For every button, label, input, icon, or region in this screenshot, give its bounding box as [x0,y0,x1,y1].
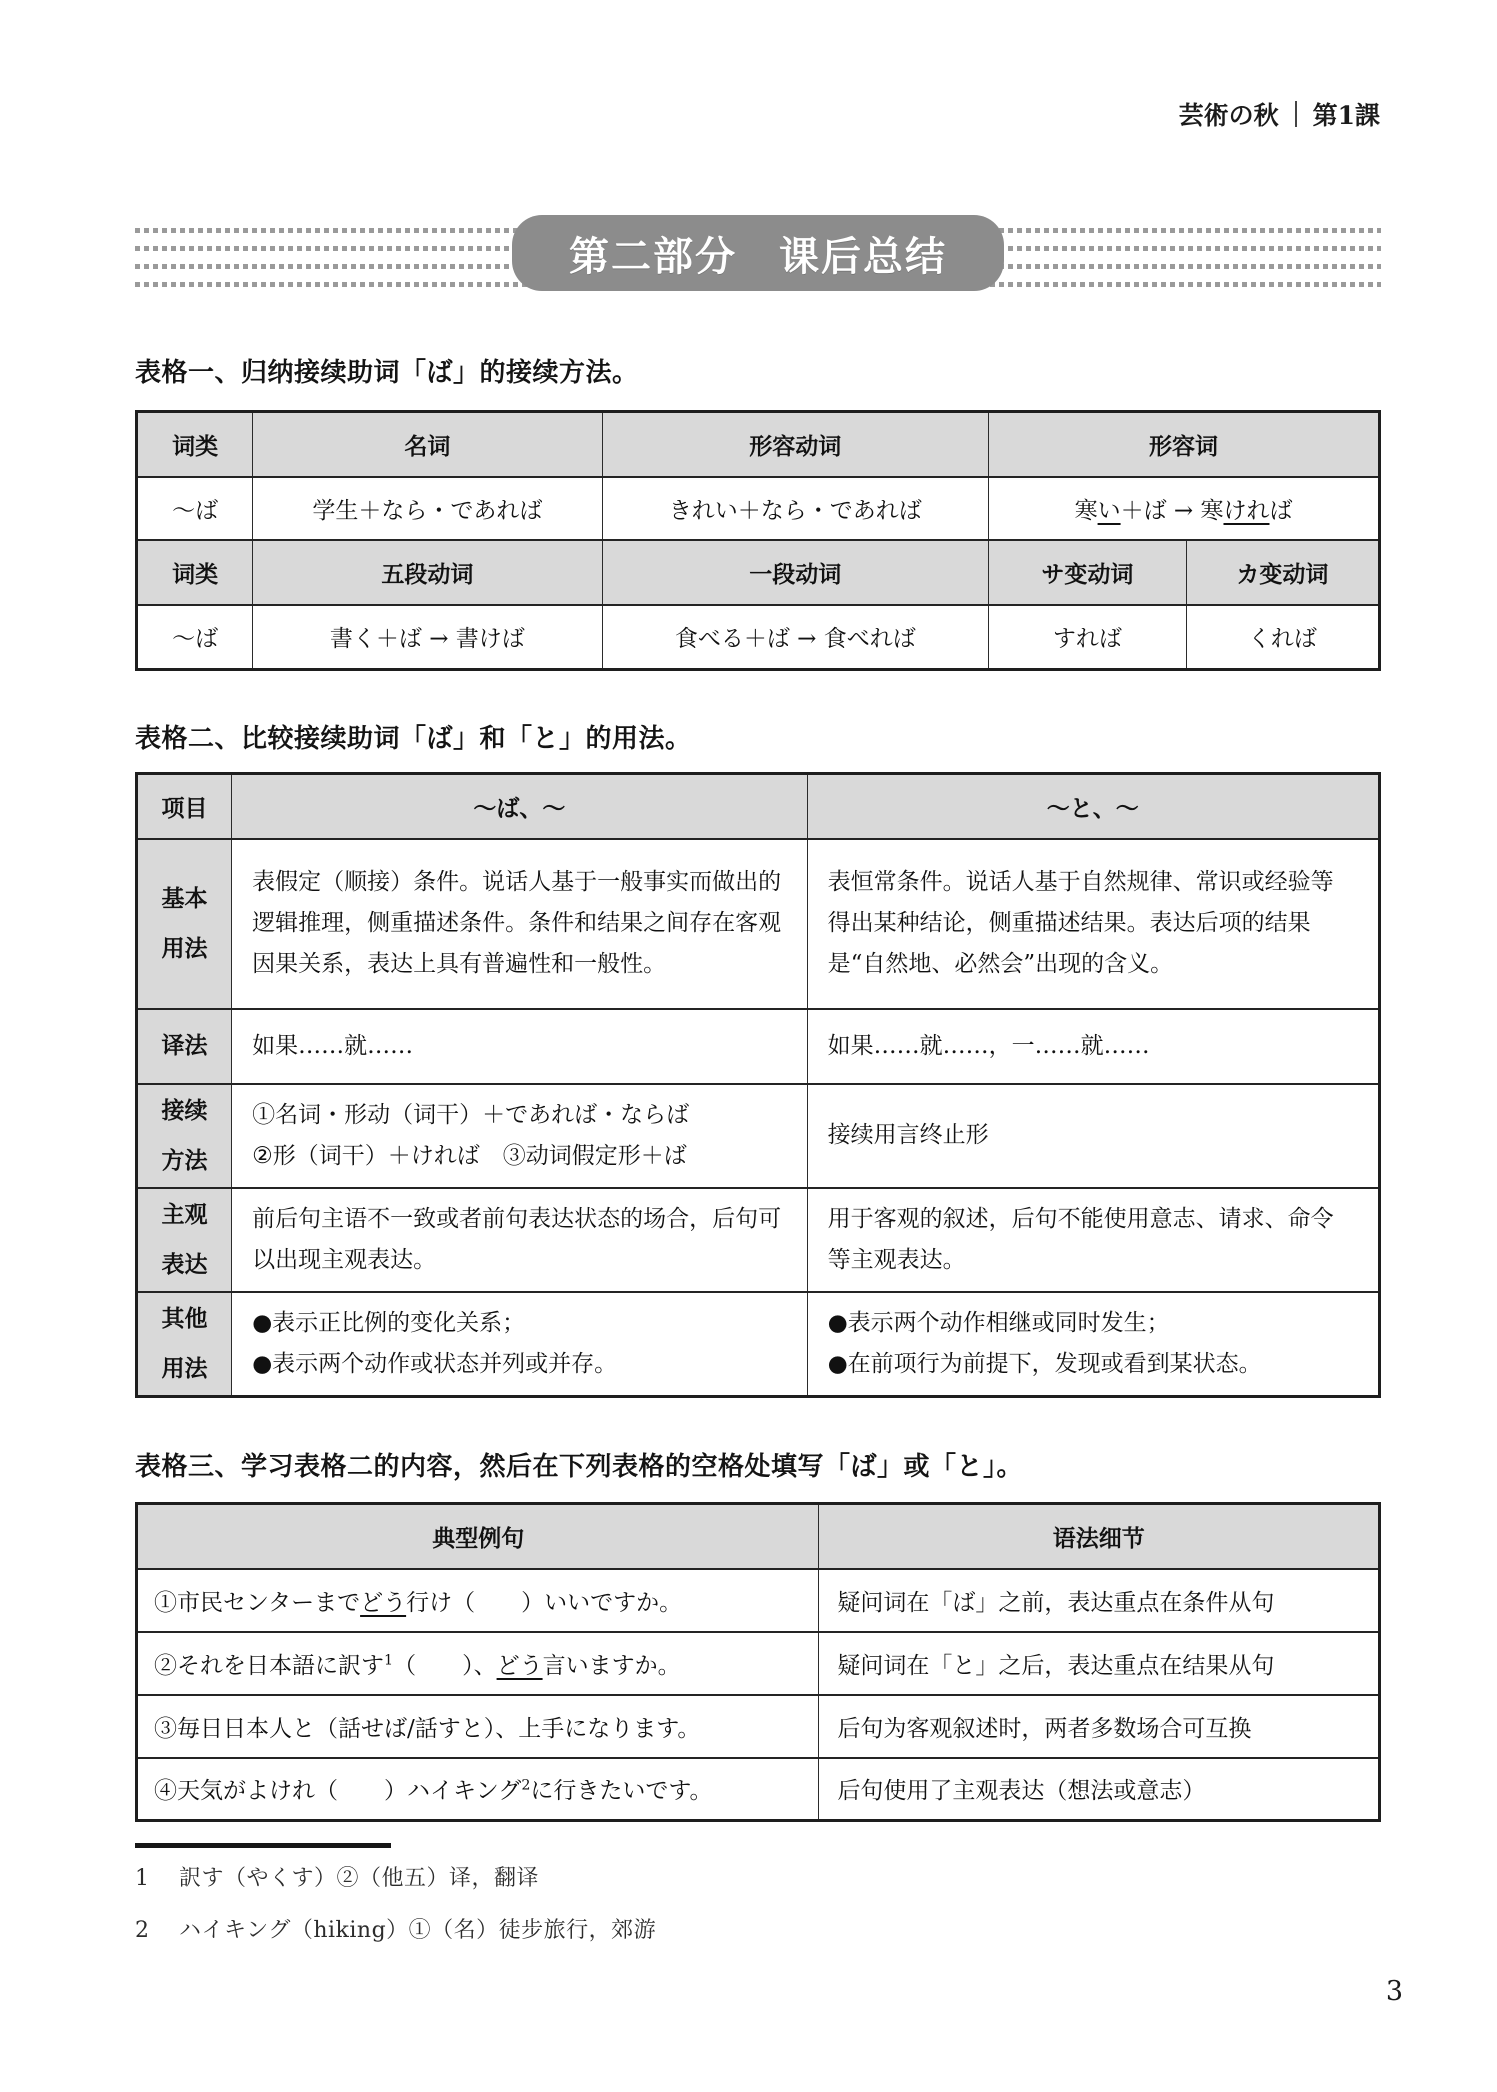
table2-title: 表格二、比较接续助词「ば」和「と」的用法。 [135,718,1381,755]
t2-connection-to: 接续用言终止形 [807,1084,1379,1188]
t1-cell-godan-example: 書く＋ば → 書けば [253,605,602,670]
t1-h-na-adjective: 形容动词 [602,412,989,477]
table1-title: 表格一、归纳接续助词「ば」的接续方法。 [135,352,1381,389]
table3-title: 表格三、学习表格二的内容，然后在下列表格的空格处填写「ば」或「と」。 [135,1446,1381,1483]
table2-ba-vs-to: 项目 ～ば、～ ～と、～ 基本用法 表假定（顺接）条件。说话人基于一般事实而做出… [135,772,1381,1398]
t1-h-wordclass-2: 词类 [137,540,253,605]
section-banner: 第二部分 课后总结 [135,215,1381,291]
table2-row-basic-usage: 基本用法 表假定（顺接）条件。说话人基于一般事实而做出的逻辑推理，侧重描述条件。… [137,839,1380,1009]
t3-note-2: 疑问词在「と」之后，表达重点在结果从句 [819,1632,1380,1695]
table2-row-translation: 译法 如果……就…… 如果……就……，一……就…… [137,1009,1380,1084]
t1-cell-ba-2: ～ば [137,605,253,670]
t2-basic-usage-to: 表恒常条件。说话人基于自然规律、常识或经验等得出某种结论，侧重描述结果。表达后项… [807,839,1379,1009]
t3-note-3: 后句为客观叙述时，两者多数场合可互换 [819,1695,1380,1758]
table3-row-2: ②それを日本語に訳す1（ ）、どう言いますか。 疑问词在「と」之后，表达重点在结… [137,1632,1380,1695]
footnote-2: 2ハイキング（hiking）①（名）徒步旅行，郊游 [135,1913,1235,1944]
t2-basic-usage-ba: 表假定（顺接）条件。说话人基于一般事实而做出的逻辑推理，侧重描述条件。条件和结果… [232,839,808,1009]
t1-cell-kahen-example: くれば [1186,605,1379,670]
t1-h-godan-verb: 五段动词 [253,540,602,605]
table1-ba-conjugation: 词类 名词 形容动词 形容词 ～ば 学生＋なら・であれば きれい＋なら・であれば… [135,410,1381,671]
running-head-lesson: 第1課 [1313,96,1380,132]
table3-fill-in-exercise: 典型例句 语法细节 ①市民センターまでどう行け（ ）いいですか。 疑问词在「ば」… [135,1502,1381,1822]
t3-h-example: 典型例句 [137,1504,819,1569]
footnote-1: 1訳す（やくす）②（他五）译，翻译 [135,1861,1235,1892]
t1-h-ichidan-verb: 一段动词 [602,540,989,605]
t2-other-usage-ba: ●表示正比例的变化关系；●表示两个动作或状态并列或并存。 [232,1292,808,1397]
section-banner-title: 第二部分 课后总结 [512,215,1004,291]
t3-example-1: ①市民センターまでどう行け（ ）いいですか。 [137,1569,819,1632]
t2-connection-ba: ①名词・形动（词干）＋であれば・ならば②形（词干）＋ければ ③动词假定形＋ば [232,1084,808,1188]
t2-h-item: 项目 [137,774,232,839]
t2-label-other-usage: 其他用法 [137,1292,232,1397]
t1-h-kahen-verb: カ变动词 [1186,540,1379,605]
table2-row-connection: 接续方法 ①名词・形动（词干）＋であれば・ならば②形（词干）＋ければ ③动词假定… [137,1084,1380,1188]
t2-label-basic-usage: 基本用法 [137,839,232,1009]
page-number: 3 [1386,1976,1403,2007]
table3-row-1: ①市民センターまでどう行け（ ）いいですか。 疑问词在「ば」之前，表达重点在条件… [137,1569,1380,1632]
table2-header-row: 项目 ～ば、～ ～と、～ [137,774,1380,839]
t2-translation-ba: 如果……就…… [232,1009,808,1084]
t1-cell-ba: ～ば [137,477,253,540]
t2-other-usage-to: ●表示两个动作相继或同时发生；●在前项行为前提下，发现或看到某状态。 [807,1292,1379,1397]
t1-cell-na-adj-example: きれい＋なら・であれば [602,477,989,540]
t1-cell-noun-example: 学生＋なら・であれば [253,477,602,540]
t2-subjective-ba: 前后句主语不一致或者前句表达状态的场合，后句可以出现主观表达。 [232,1188,808,1292]
table1-data-row-2: ～ば 書く＋ば → 書けば 食べる＋ば → 食べれば すれば くれば [137,605,1380,670]
table3-header-row: 典型例句 语法细节 [137,1504,1380,1569]
t3-example-2: ②それを日本語に訳す1（ ）、どう言いますか。 [137,1632,819,1695]
t1-cell-ichidan-example: 食べる＋ば → 食べれば [602,605,989,670]
running-head: 芸術の秋 第1課 [1179,96,1380,132]
t2-translation-to: 如果……就……，一……就…… [807,1009,1379,1084]
t1-h-sahen-verb: サ变动词 [989,540,1187,605]
footnote-2-text: ハイキング（hiking）①（名）徒步旅行，郊游 [179,1918,656,1943]
t2-h-ba: ～ば、～ [232,774,808,839]
t1-h-noun: 名词 [253,412,602,477]
t1-h-wordclass: 词类 [137,412,253,477]
footnote-1-text: 訳す（やくす）②（他五）译，翻译 [179,1866,539,1891]
t3-note-1: 疑问词在「ば」之前，表达重点在条件从句 [819,1569,1380,1632]
table1-data-row-1: ～ば 学生＋なら・であれば きれい＋なら・であれば 寒い＋ば → 寒ければ [137,477,1380,540]
t3-example-3: ③毎日日本人と（話せば/話すと）、上手になります。 [137,1695,819,1758]
t2-label-subjective: 主观表达 [137,1188,232,1292]
footnote-2-number: 2 [135,1918,179,1943]
t3-note-4: 后句使用了主观表达（想法或意志） [819,1758,1380,1821]
t2-label-translation: 译法 [137,1009,232,1084]
table2-row-subjective: 主观表达 前后句主语不一致或者前句表达状态的场合，后句可以出现主观表达。 用于客… [137,1188,1380,1292]
table1-header-row-1: 词类 名词 形容动词 形容词 [137,412,1380,477]
t3-h-grammar-detail: 语法细节 [819,1504,1380,1569]
footnote-1-number: 1 [135,1866,179,1891]
t1-cell-i-adj-example: 寒い＋ば → 寒ければ [989,477,1380,540]
t3-example-4: ④天気がよけれ（ ）ハイキング2に行きたいです。 [137,1758,819,1821]
running-head-divider [1295,101,1297,127]
t2-subjective-to: 用于客观的叙述，后句不能使用意志、请求、命令等主观表达。 [807,1188,1379,1292]
table2-row-other-usage: 其他用法 ●表示正比例的变化关系；●表示两个动作或状态并列或并存。 ●表示两个动… [137,1292,1380,1397]
footnote-rule [135,1843,391,1848]
t2-h-to: ～と、～ [807,774,1379,839]
table3-row-4: ④天気がよけれ（ ）ハイキング2に行きたいです。 后句使用了主观表达（想法或意志… [137,1758,1380,1821]
t1-cell-sahen-example: すれば [989,605,1187,670]
table1-header-row-2: 词类 五段动词 一段动词 サ变动词 カ变动词 [137,540,1380,605]
running-head-book-title: 芸術の秋 [1179,96,1279,132]
textbook-page: 芸術の秋 第1課 第二部分 课后总结 表格一、归纳接续助词「ば」的接续方法。 词… [0,0,1497,2092]
table3-row-3: ③毎日日本人と（話せば/話すと）、上手になります。 后句为客观叙述时，两者多数场… [137,1695,1380,1758]
t2-label-connection: 接续方法 [137,1084,232,1188]
t1-h-i-adjective: 形容词 [989,412,1380,477]
